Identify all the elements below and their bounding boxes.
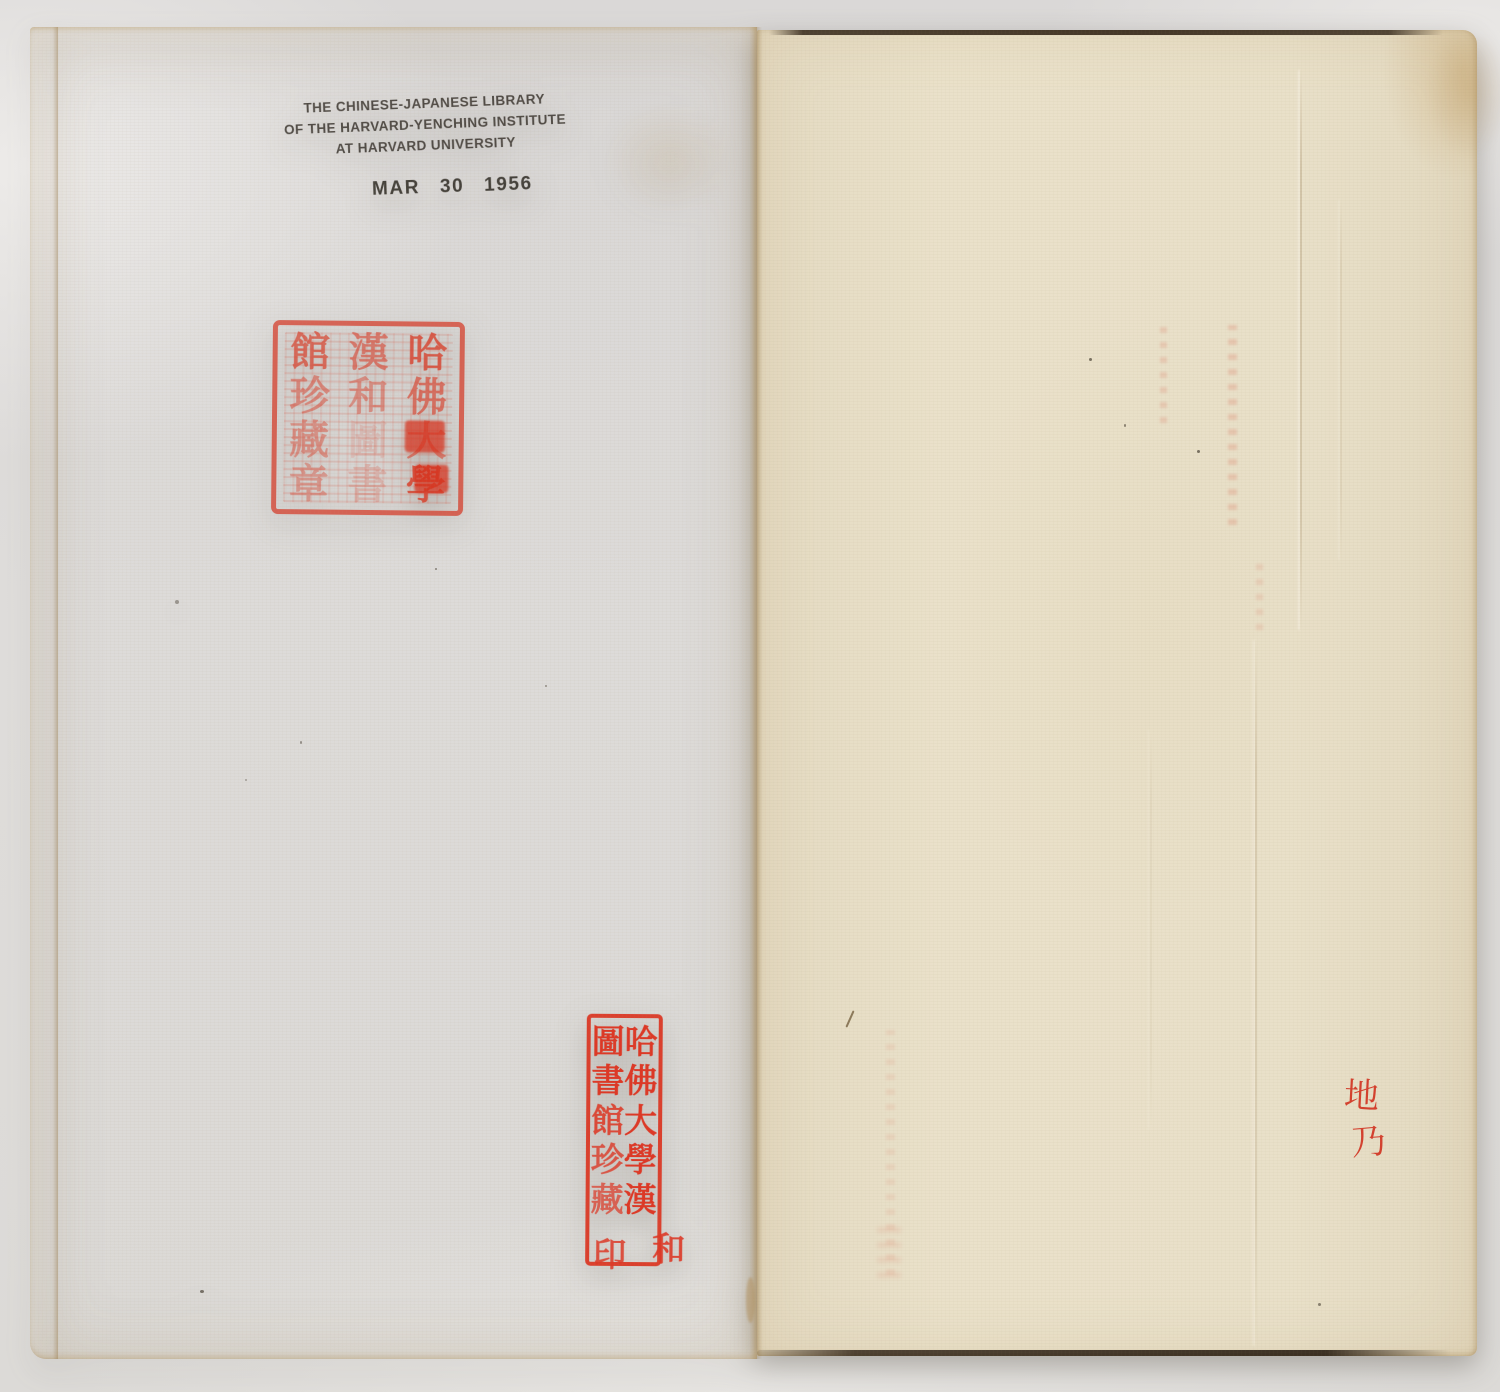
corner-stain — [1412, 38, 1500, 218]
seal-ink-blob — [414, 464, 448, 492]
seal-character: 藏 — [289, 418, 329, 462]
dust-speck — [545, 685, 547, 687]
dust-speck — [300, 741, 302, 744]
seal-character: 章 — [288, 462, 328, 506]
left-page: THE CHINESE-JAPANESE LIBRARYOF THE HARVA… — [30, 27, 757, 1359]
dust-speck — [1197, 450, 1200, 453]
seal-character: 書 — [591, 1061, 624, 1100]
seal-column: 哈佛大學漢和 — [623, 1022, 658, 1258]
handwritten-volume-mark: 地乃 — [1344, 1078, 1396, 1161]
cover-edge-bottom — [757, 1350, 1451, 1356]
dust-speck — [435, 568, 437, 570]
right-page: 地乃 — [757, 30, 1477, 1356]
seal-character: 藏 — [590, 1179, 623, 1218]
dust-speck — [200, 1290, 204, 1293]
cover-edge-top — [769, 30, 1443, 35]
open-book-spread: THE CHINESE-JAPANESE LIBRARYOF THE HARVA… — [30, 27, 1477, 1359]
seal-character: 珍 — [289, 374, 329, 418]
seal-character: 圖 — [592, 1022, 625, 1061]
paper-stain — [590, 82, 750, 232]
seal-character: 學 — [624, 1140, 657, 1179]
fiber-hair — [845, 1010, 854, 1027]
seal-character: 大 — [624, 1101, 657, 1140]
seal-character: 佛 — [624, 1061, 657, 1100]
ink-bleed-through — [1160, 323, 1167, 423]
seal-character: 和 — [348, 375, 388, 419]
dust-speck — [245, 779, 247, 781]
seal-column: 漢和圖書 — [338, 331, 398, 506]
dust-speck — [1124, 424, 1126, 427]
seal-column: 館珍藏章 — [279, 330, 339, 505]
handwritten-character: 乃 — [1349, 1121, 1404, 1163]
seal-character: 館 — [591, 1101, 624, 1140]
ink-bleed-through — [877, 1220, 901, 1278]
seal-character: 哈 — [625, 1022, 658, 1061]
seal-character: 書 — [347, 463, 387, 507]
dust-speck — [1089, 358, 1092, 361]
seal-character: 和 — [652, 1229, 685, 1268]
seal-character: 漢 — [348, 331, 388, 375]
dust-speck — [1318, 1303, 1321, 1306]
vertical-collection-seal: 圖書館珍藏印 哈佛大學漢和 — [585, 1014, 663, 1267]
seal-character: 館 — [290, 330, 330, 374]
seal-character: 佛 — [407, 375, 447, 419]
seal-character: 印 — [593, 1235, 626, 1274]
ink-bleed-through — [886, 1030, 895, 1275]
ink-bleed-through — [1228, 325, 1237, 525]
seal-column: 圖書館珍藏印 — [590, 1022, 625, 1258]
seal-ink-blob — [405, 420, 445, 452]
seal-character: 哈 — [407, 331, 447, 375]
handwritten-character: 地 — [1343, 1077, 1397, 1118]
worm-hole-mark — [746, 1277, 755, 1323]
page-crease — [1300, 70, 1302, 630]
seal-character: 圖 — [348, 419, 388, 463]
dust-speck — [175, 600, 179, 604]
page-fore-edge-stack — [30, 27, 58, 1359]
square-collection-seal: 館珍藏章 漢和圖書 哈佛大學 — [271, 320, 465, 516]
book-photograph-backdrop: THE CHINESE-JAPANESE LIBRARYOF THE HARVA… — [0, 0, 1500, 1392]
seal-character: 漢 — [623, 1180, 656, 1219]
library-ownership-stamp: THE CHINESE-JAPANESE LIBRARYOF THE HARVA… — [279, 87, 571, 161]
ink-bleed-through — [1256, 558, 1263, 630]
seal-character: 珍 — [591, 1140, 624, 1179]
page-crease — [1340, 200, 1342, 560]
page-crease — [1150, 730, 1152, 1130]
accession-date-stamp: MAR 30 1956 — [372, 173, 534, 201]
page-crease — [1255, 640, 1257, 1346]
